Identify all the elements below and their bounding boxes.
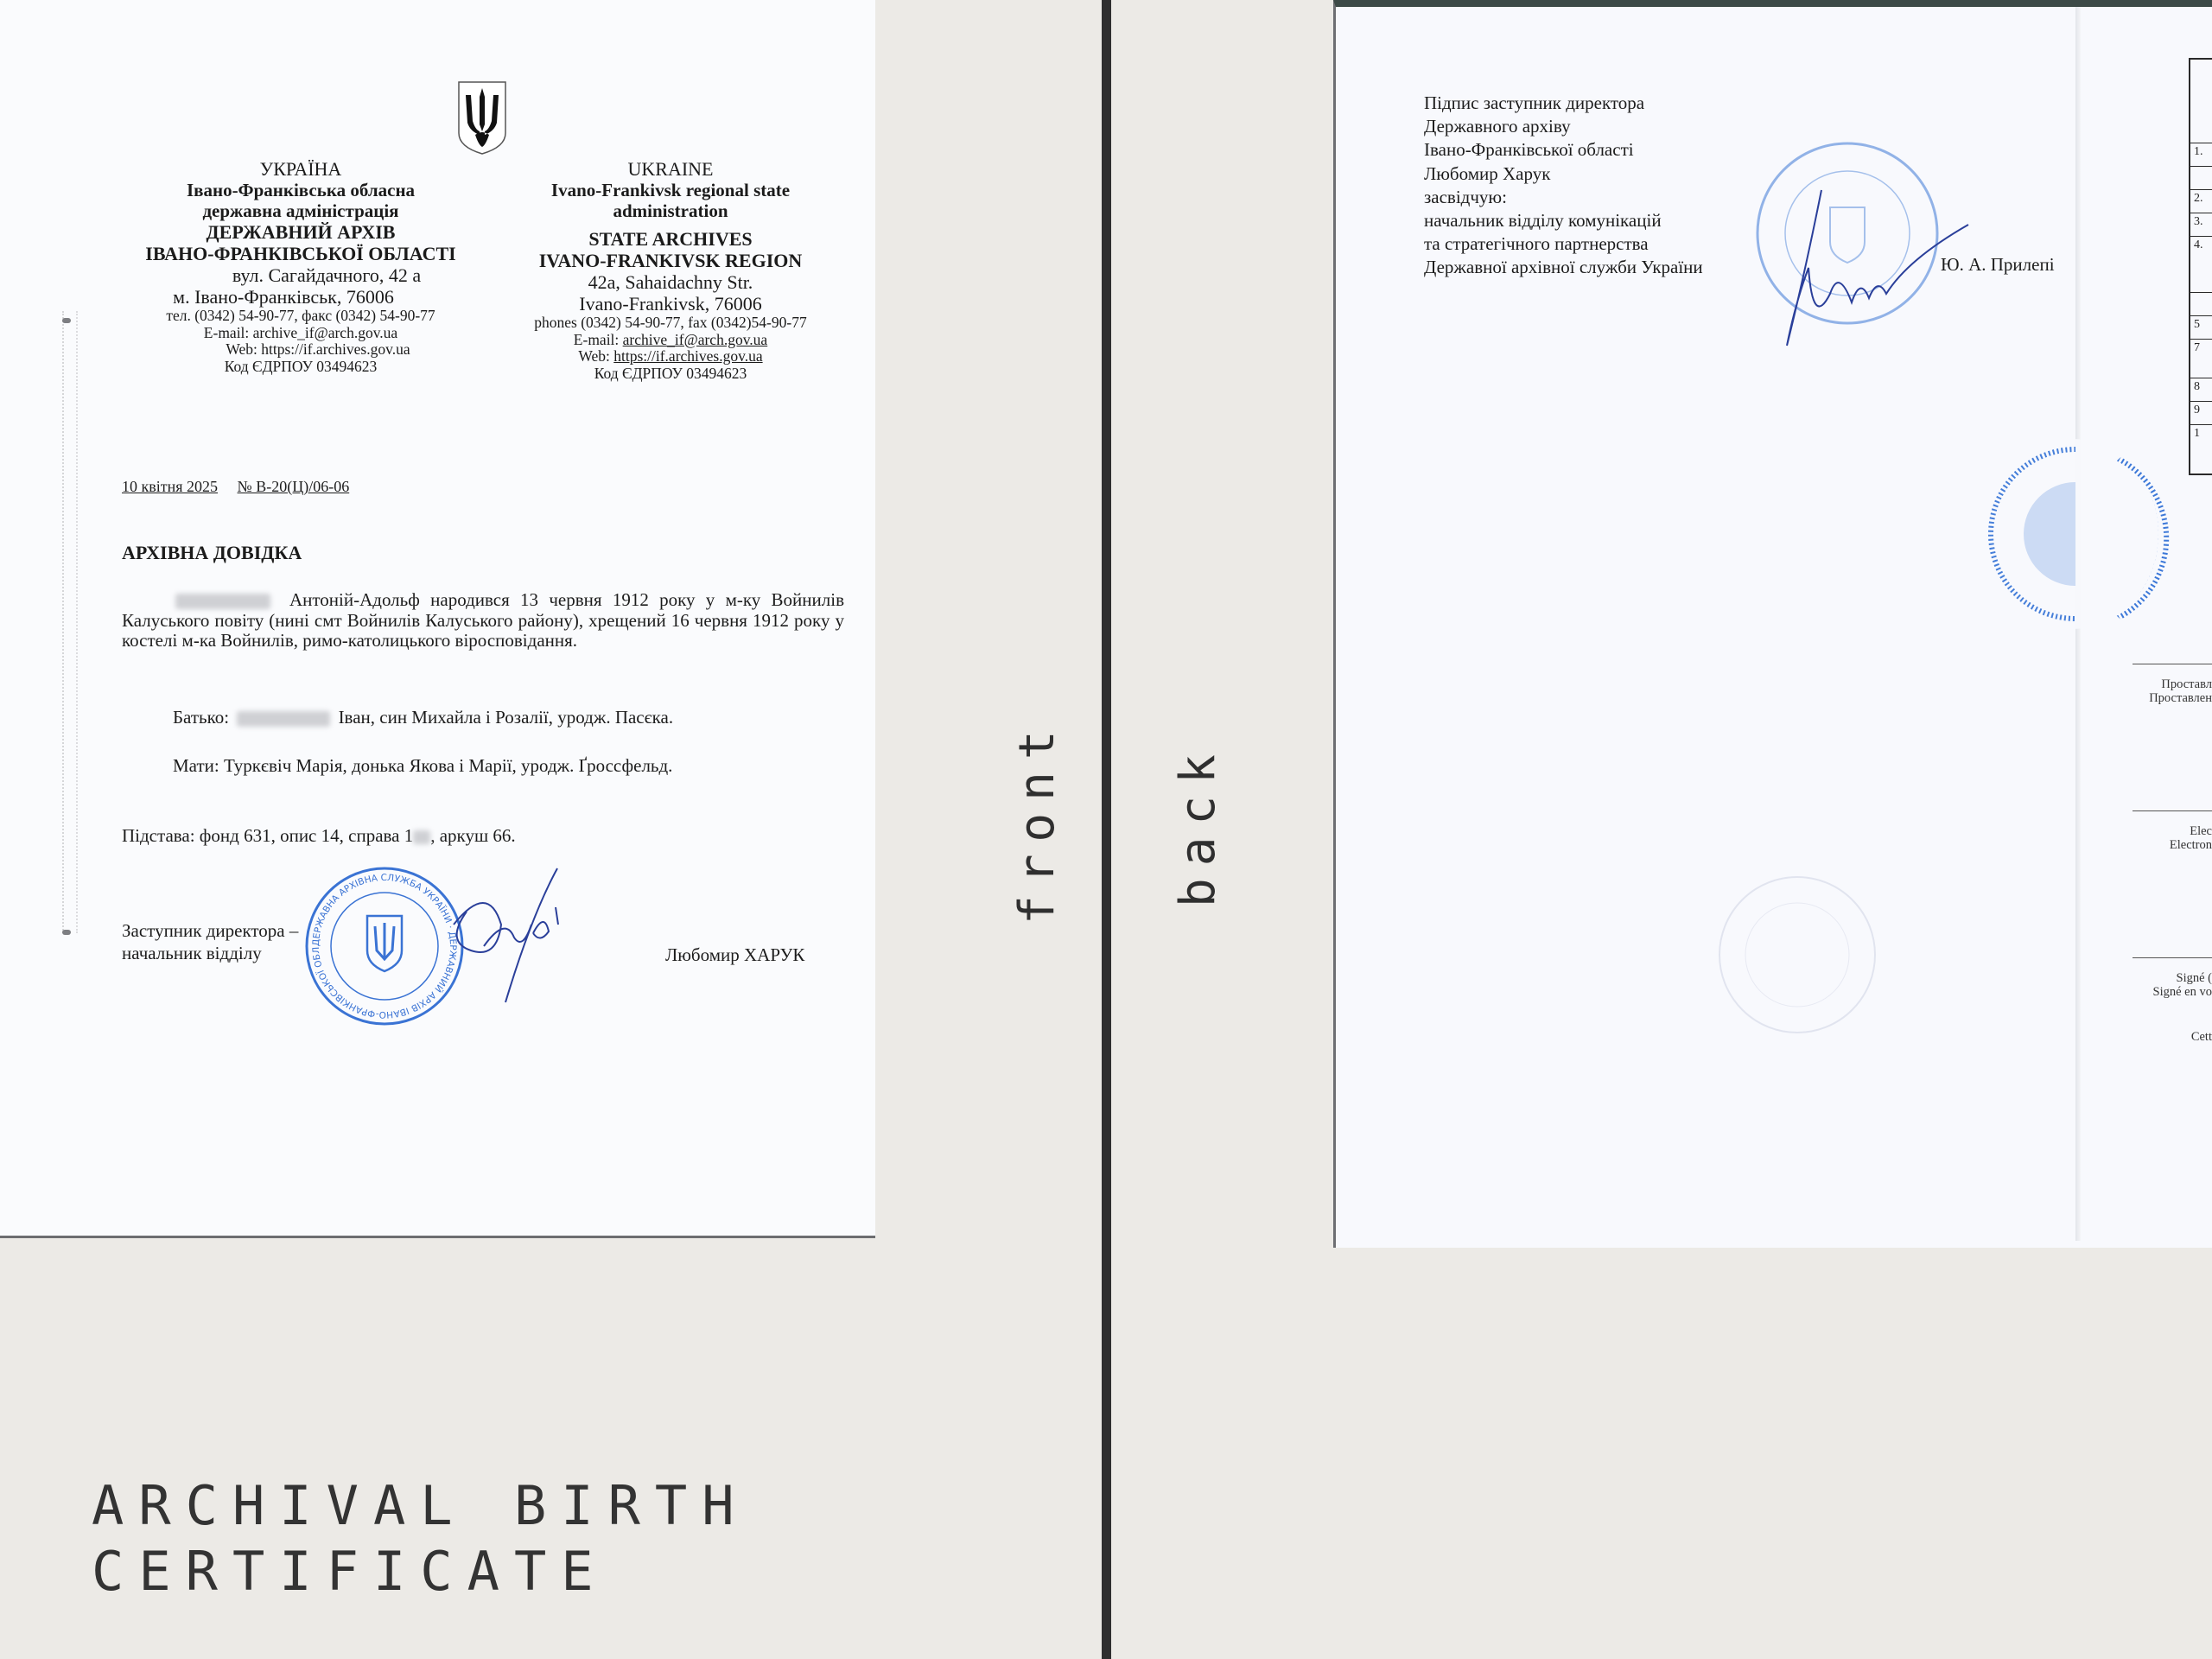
redacted-surname (175, 594, 270, 609)
admin-en-2: administration (506, 200, 835, 221)
signature-rule (2133, 810, 2212, 811)
archive-en-1: STATE ARCHIVES (506, 228, 835, 250)
web-en: Web: https://if.archives.gov.ua (506, 348, 835, 365)
certificate-body: Антоній-Адольф народився 13 червня 1912 … (122, 590, 844, 652)
main-title: ARCHIVAL BIRTH CERTIFICATE (92, 1473, 749, 1605)
date-reference-line: 10 квітня 2025 № В-20(Ц)/06-06 (122, 478, 365, 496)
redacted-surname (237, 711, 330, 727)
ukraine-coat-of-arms-icon (456, 79, 508, 156)
city-en: Ivano-Frankivsk, 76006 (506, 293, 835, 315)
country-ua: УКРАЇНА (119, 158, 482, 180)
country-en: UKRAINE (506, 158, 835, 180)
staple-hole (62, 930, 71, 935)
back-label: back (1170, 742, 1226, 907)
staple-mark (62, 311, 78, 933)
document-reference: № В-20(Ц)/06-06 (238, 478, 350, 495)
street-en: 42a, Sahaidachny Str. (506, 271, 835, 293)
document-date: 10 квітня 2025 (122, 478, 218, 495)
phone-en: phones (0342) 54-90-77, fax (0342)54-90-… (506, 315, 835, 332)
code-en: Код ЄДРПОУ 03494623 (506, 365, 835, 383)
faint-seal-imprint (1715, 873, 1879, 1037)
email-ua: E-mail: archive_if@arch.gov.ua (119, 325, 482, 342)
apostille-label-2: ElecElectron (2108, 824, 2212, 852)
certifier-name: Ю. А. Прилепі (1941, 254, 2055, 276)
signer-name: Любомир ХАРУК (665, 944, 804, 966)
email-link[interactable]: archive_if@arch.gov.ua (623, 331, 768, 348)
web-ua: Web: https://if.archives.gov.ua (154, 341, 482, 359)
staple-hole (62, 318, 71, 323)
divider-line (1102, 0, 1111, 1659)
admin-ua-2: державна адміністрація (119, 200, 482, 221)
father-line: Батько: Іван, син Михайла і Розалії, уро… (173, 707, 673, 728)
signer-role: Заступник директора – начальник відділу (122, 919, 298, 964)
apostille-table-fragment: 1. 2. 3. 4. 5 7 8 9 1 (2189, 58, 2212, 475)
attestation-block: Підпис заступник директора Державного ар… (1424, 92, 1703, 280)
front-page: УКРАЇНА Івано-Франківська обласна держав… (0, 0, 875, 1236)
city-ua: м. Івано-Франківськ, 76006 (85, 286, 482, 308)
code-ua: Код ЄДРПОУ 03494623 (119, 359, 482, 376)
admin-ua-1: Івано-Франківська обласна (119, 180, 482, 200)
document-title: АРХІВНА ДОВІДКА (122, 542, 302, 564)
street-ua: вул. Сагайдачного, 42 а (171, 264, 482, 286)
signature-scribble (436, 864, 575, 1007)
front-label: front (1009, 718, 1065, 925)
web-link[interactable]: https://if.archives.gov.ua (613, 347, 762, 365)
apostille-label-4: Cett (2108, 1030, 2212, 1044)
email-en: E-mail: archive_if@arch.gov.ua (506, 332, 835, 349)
letterhead-english: UKRAINE Ivano-Frankivsk regional state a… (506, 158, 835, 382)
signature-rule (2133, 957, 2212, 958)
phone-ua: тел. (0342) 54-90-77, факс (0342) 54-90-… (119, 308, 482, 325)
letterhead-ukrainian: УКРАЇНА Івано-Франківська обласна держав… (119, 158, 482, 375)
archive-ua-2: ІВАНО-ФРАНКІВСЬКОЇ ОБЛАСТІ (119, 243, 482, 264)
apostille-label-3: Signé (Signé en vo (2108, 971, 2212, 999)
apostille-label-1: ПроставлПроставлен (2108, 677, 2212, 705)
archive-ua-1: ДЕРЖАВНИЙ АРХІВ (119, 221, 482, 243)
admin-en-1: Ivano-Frankivsk regional state (506, 180, 835, 200)
mother-line: Мати: Туркєвіч Марія, донька Якова і Мар… (173, 755, 672, 777)
archive-en-2: IVANO-FRANKIVSK REGION (506, 250, 835, 271)
redacted-file-number (413, 830, 430, 844)
signature-rule (2133, 664, 2212, 664)
basis-line: Підстава: фонд 631, опис 14, справа 1, а… (122, 825, 516, 847)
